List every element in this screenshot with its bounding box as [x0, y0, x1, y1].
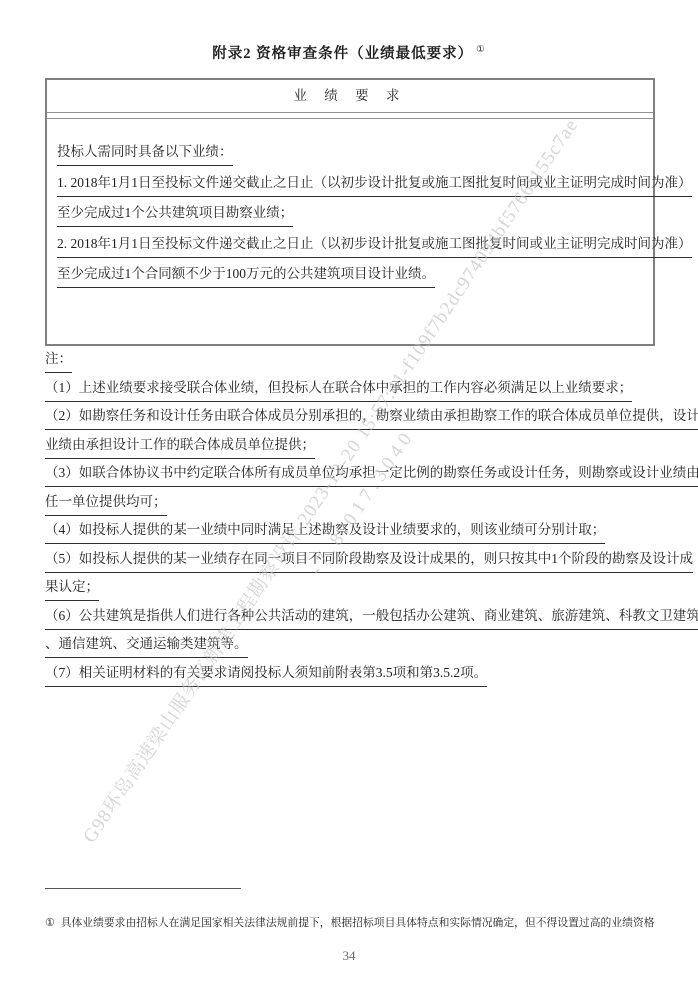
footnote: ①具体业绩要求由招标人在满足国家相关法律法规前提下，根据招标项目具体特点和实际情… — [45, 916, 675, 931]
requirement-1-line-2: 至少完成过1个公共建筑项目勘察业绩； — [57, 205, 293, 227]
page-title-text: 附录2 资格审查条件（业绩最低要求） — [212, 46, 473, 62]
note-3-line-1: （3）如联合体协议书中约定联合体所有成员单位均承担一定比例的勘察任务或设计任务，… — [45, 465, 698, 487]
note-7: （7）相关证明材料的有关要求请阅投标人须知前附表第3.5项和第3.5.2项。 — [45, 665, 487, 687]
performance-requirements-table: 业 绩 要 求 投标人需同时具备以下业绩： 1. 2018年1月1日至投标文件递… — [45, 78, 655, 346]
note-6-line-1: （6）公共建筑是指供人们进行各种公共活动的建筑，一般包括办公建筑、商业建筑、旅游… — [45, 608, 698, 630]
table-row: 1. 2018年1月1日至投标文件递交截止之日止（以初步设计批复或施工图批复时间… — [57, 176, 643, 190]
note-5-line-1: （5）如投标人提供的某一业绩存在同一项目不同阶段勘察及设计成果的，则只按其中1个… — [45, 551, 693, 573]
note-line: （3）如联合体协议书中约定联合体所有成员单位均承担一定比例的勘察任务或设计任务，… — [45, 466, 661, 480]
note-2-line-1: （2）如勘察任务和设计任务由联合体成员分别承担的，勘察业绩由承担勘察工作的联合体… — [45, 408, 698, 430]
footnote-marker: ① — [45, 917, 55, 929]
note-line: 任一单位提供均可； — [45, 495, 661, 509]
table-row: 2. 2018年1月1日至投标文件递交截止之日止（以初步设计批复或施工图批复时间… — [57, 237, 643, 251]
notes-label: 注： — [45, 351, 72, 373]
note-6-line-2: 、通信建筑、交通运输类建筑等。 — [45, 636, 248, 658]
requirement-2-line-1: 2. 2018年1月1日至投标文件递交截止之日止（以初步设计批复或施工图批复时间… — [57, 236, 692, 258]
note-4: （4）如投标人提供的某一业绩中同时满足上述勘察及设计业绩要求的，则该业绩可分别计… — [45, 522, 605, 544]
table-header: 业 绩 要 求 — [47, 80, 653, 113]
table-body: 投标人需同时具备以下业绩： 1. 2018年1月1日至投标文件递交截止之日止（以… — [47, 119, 653, 281]
note-1: （1）上述业绩要求接受联合体业绩，但投标人在联合体中承担的工作内容必须满足以上业… — [45, 380, 632, 402]
note-2-line-2: 业绩由承担设计工作的联合体成员单位提供； — [45, 437, 315, 459]
footnote-divider — [45, 888, 241, 889]
document-page: G98环岛高速梁山服务区新建工程勘察设计-2023-12-20 15:57:41… — [0, 0, 698, 988]
requirement-2-line-2: 至少完成过1个合同额不少于100万元的公共建筑项目设计业绩。 — [57, 266, 435, 288]
note-line: （4）如投标人提供的某一业绩中同时满足上述勘察及设计业绩要求的，则该业绩可分别计… — [45, 523, 661, 537]
note-5-line-2: 果认定； — [45, 579, 99, 601]
page-number: 34 — [0, 948, 698, 964]
note-line: 业绩由承担设计工作的联合体成员单位提供； — [45, 438, 661, 452]
notes-section: 注： （1）上述业绩要求接受联合体业绩，但投标人在联合体中承担的工作内容必须满足… — [45, 352, 661, 694]
footnote-text: 具体业绩要求由招标人在满足国家相关法律法规前提下，根据招标项目具体特点和实际情况… — [61, 917, 655, 929]
requirement-intro: 投标人需同时具备以下业绩： — [57, 144, 233, 166]
note-line: （2）如勘察任务和设计任务由联合体成员分别承担的，勘察业绩由承担勘察工作的联合体… — [45, 409, 661, 423]
notes-label-line: 注： — [45, 352, 661, 366]
note-line: （1）上述业绩要求接受联合体业绩，但投标人在联合体中承担的工作内容必须满足以上业… — [45, 381, 661, 395]
requirement-1-line-1: 1. 2018年1月1日至投标文件递交截止之日止（以初步设计批复或施工图批复时间… — [57, 175, 692, 197]
table-row: 至少完成过1个合同额不少于100万元的公共建筑项目设计业绩。 — [57, 267, 643, 281]
note-line: （7）相关证明材料的有关要求请阅投标人须知前附表第3.5项和第3.5.2项。 — [45, 666, 661, 680]
note-line: （6）公共建筑是指供人们进行各种公共活动的建筑，一般包括办公建筑、商业建筑、旅游… — [45, 609, 661, 623]
page-title: 附录2 资格审查条件（业绩最低要求）① — [0, 42, 698, 63]
table-row: 投标人需同时具备以下业绩： — [57, 145, 643, 159]
note-3-line-2: 任一单位提供均可； — [45, 494, 167, 516]
note-line: 果认定； — [45, 580, 661, 594]
table-row: 至少完成过1个公共建筑项目勘察业绩； — [57, 206, 643, 220]
note-line: （5）如投标人提供的某一业绩存在同一项目不同阶段勘察及设计成果的，则只按其中1个… — [45, 552, 661, 566]
title-footnote-marker: ① — [476, 45, 486, 55]
note-line: 、通信建筑、交通运输类建筑等。 — [45, 637, 661, 651]
